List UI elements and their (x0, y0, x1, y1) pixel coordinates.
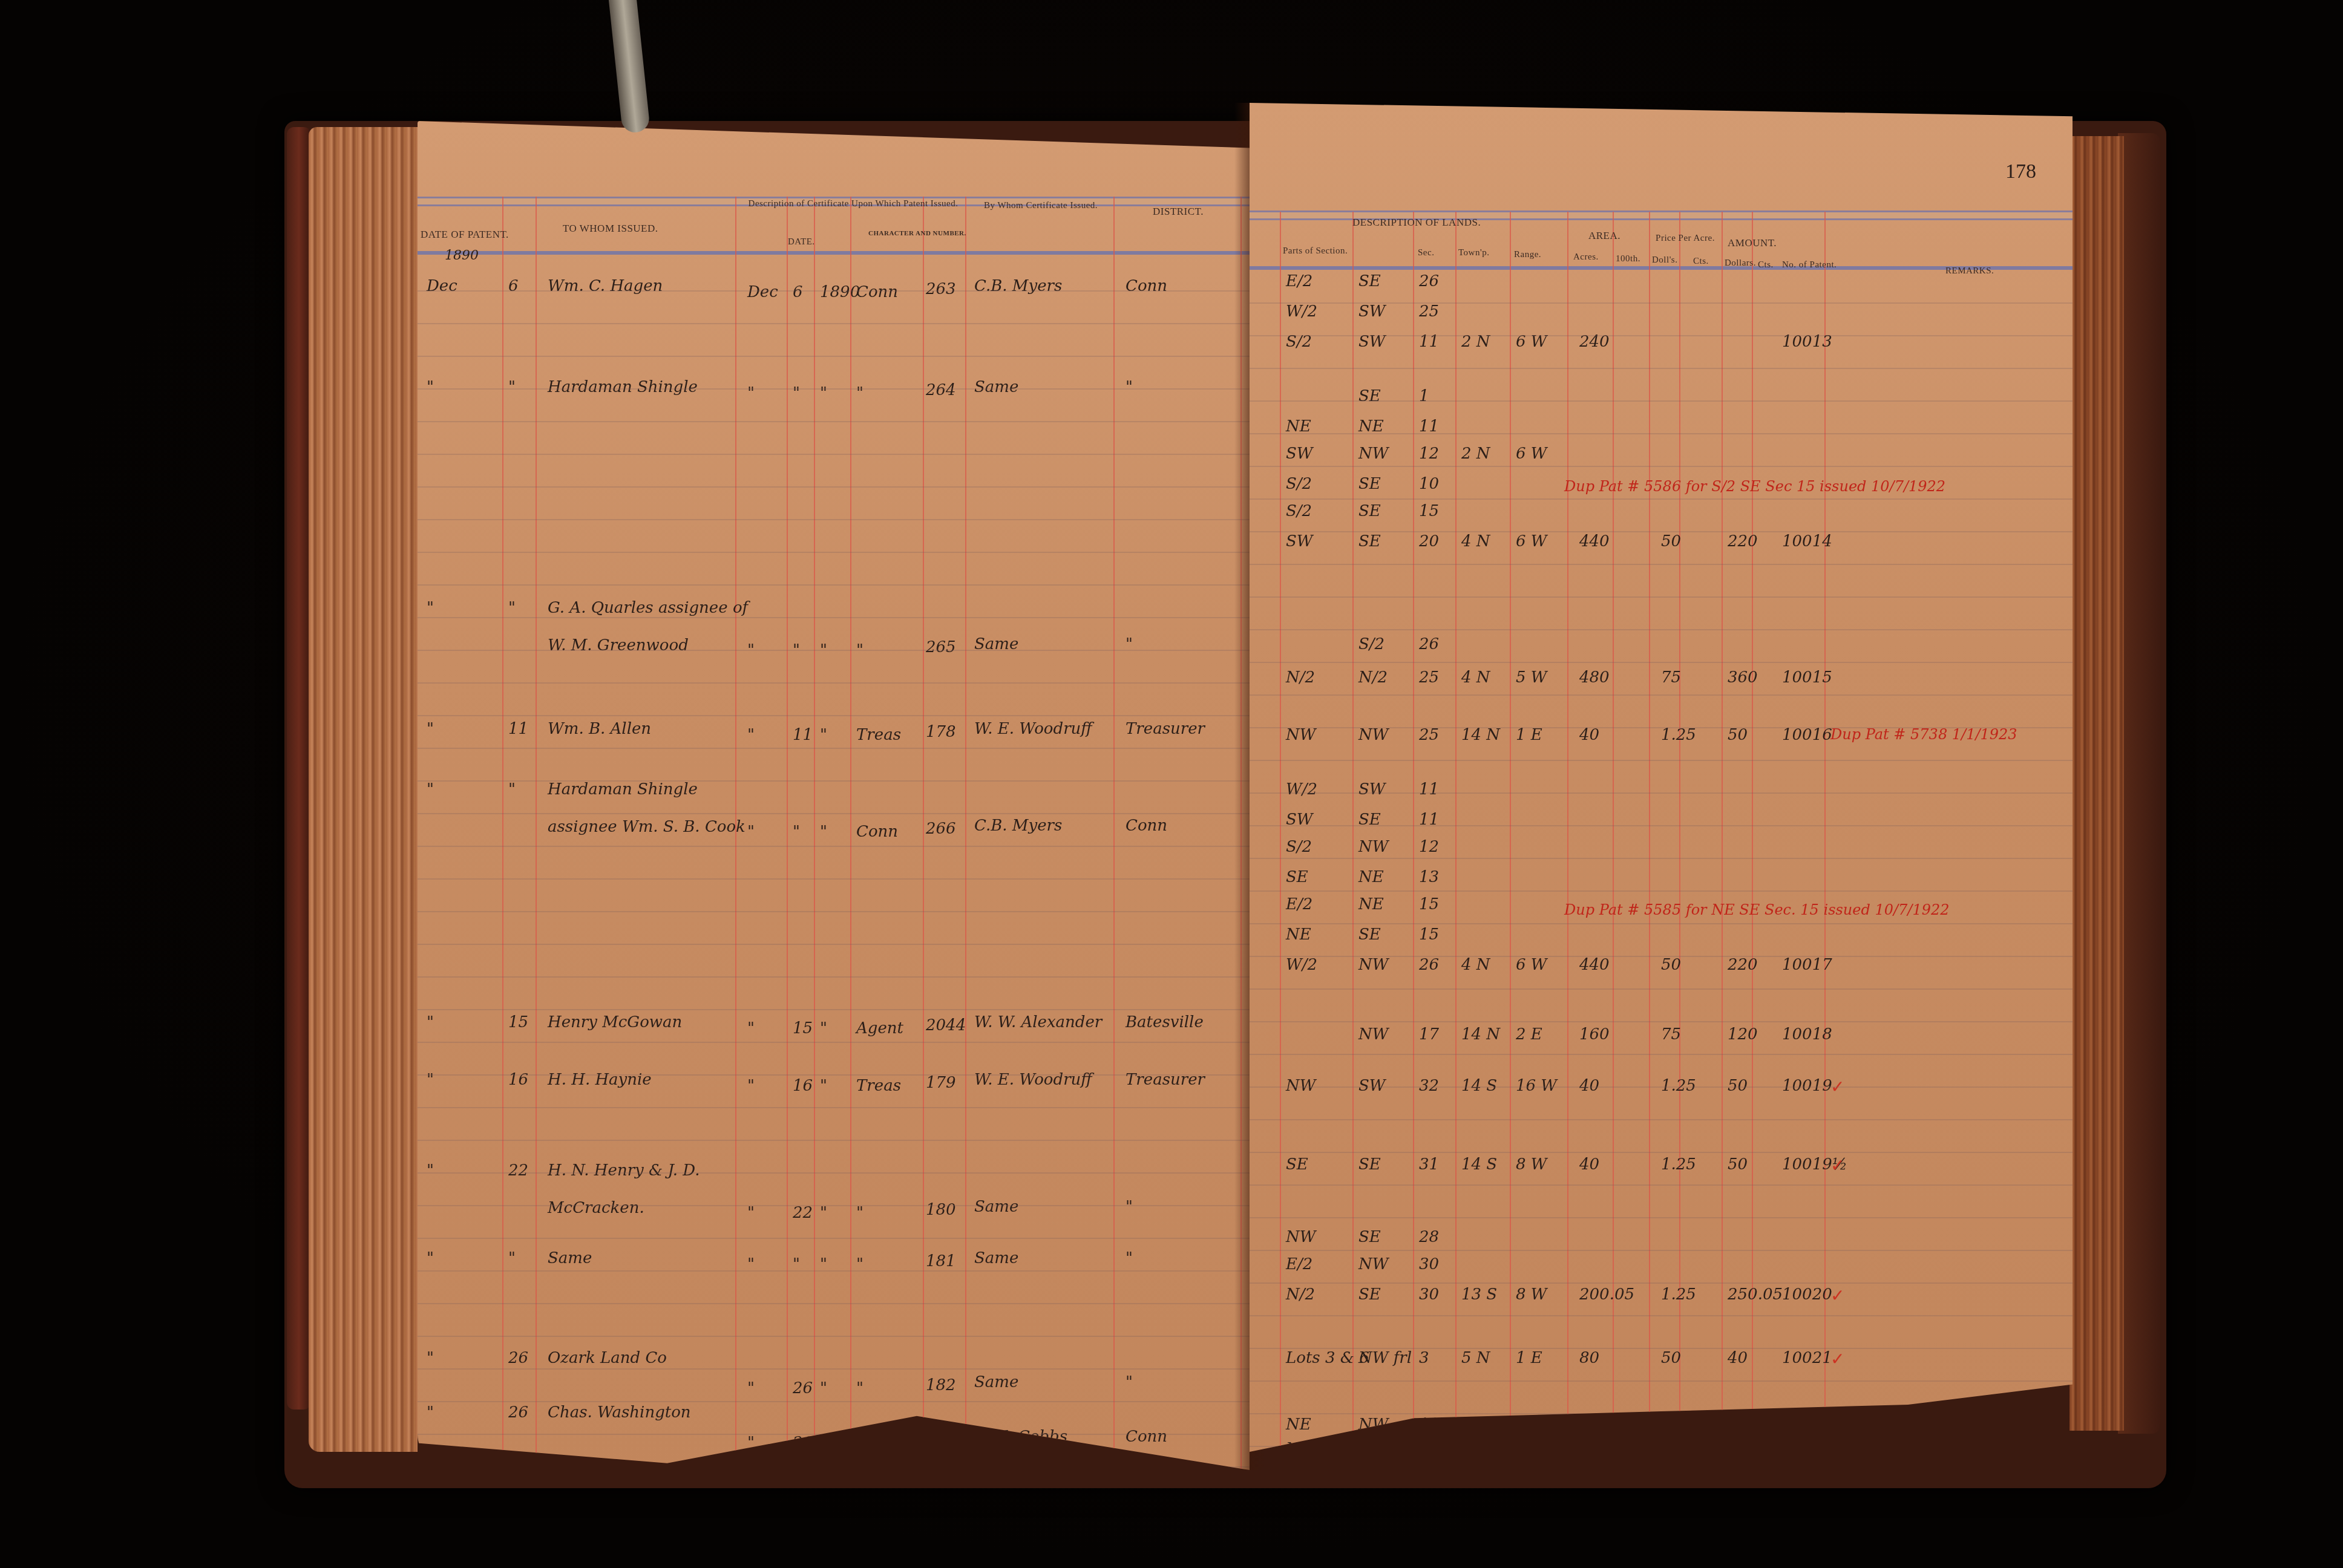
ledger-rule (418, 715, 1250, 716)
land-twp: 4 N (1461, 532, 1490, 550)
ledger-rule (1250, 1217, 2073, 1218)
land-cts: 75 (1661, 668, 1681, 687)
land-quarter: SE (1358, 1285, 1381, 1304)
entry-character: " (856, 384, 863, 402)
ledger-rule (1250, 400, 2073, 402)
header-to-whom-issued: TO WHOM ISSUED. (563, 223, 658, 235)
land-sec: 26 (1419, 272, 1439, 290)
land-cts: 75 (1661, 1025, 1681, 1044)
left-page: DATE OF PATENT. TO WHOM ISSUED. Descript… (418, 121, 1250, 1470)
land-acres: 40 (1579, 1155, 1599, 1174)
ledger-rule (418, 1401, 1250, 1402)
ledger-rule (1250, 956, 2073, 957)
header-sec: Sec. (1418, 248, 1434, 258)
ledger-rule (418, 1172, 1250, 1174)
land-dollars: 120 (1728, 1025, 1758, 1044)
entry-day: " (508, 1249, 516, 1267)
entry-cert-day: 11 (793, 726, 813, 744)
entry-by-whom: C.B. Myers (974, 817, 1062, 835)
ledger-rule (1250, 1054, 2073, 1055)
entry-number: 264 (926, 381, 956, 399)
ledger-rule (1250, 662, 2073, 663)
ledger-rule (1250, 890, 2073, 892)
ledger-rule (418, 617, 1250, 618)
land-sec: 25 (1419, 668, 1439, 687)
entry-district: " (1126, 1373, 1133, 1391)
header-description-of-lands: DESCRIPTION OF LANDS. (1352, 217, 1481, 229)
land-sec: 15 (1419, 926, 1439, 944)
land-twp: 14 N (1461, 1025, 1500, 1044)
header-amount: AMOUNT. (1728, 237, 1777, 249)
land-sec: 26 (1419, 956, 1439, 974)
land-cts: 1.25 (1661, 1285, 1696, 1304)
page-stack-right (2069, 136, 2124, 1431)
land-quarter: NW (1358, 1025, 1388, 1044)
entry-day: 26 (508, 1349, 528, 1367)
land-dollars: 40 (1728, 1349, 1748, 1367)
header-district: DISTRICT. (1153, 206, 1204, 218)
land-part: S/2 (1286, 838, 1312, 856)
entry-day: 15 (508, 1013, 528, 1031)
header-parts-of-section: Parts of Section. (1283, 246, 1348, 256)
ledger-rule (1250, 1152, 2073, 1153)
ledger-rule (418, 1074, 1250, 1076)
entry-character: Treas (856, 726, 901, 744)
land-quarter: SW (1358, 302, 1386, 321)
ledger-rule (418, 519, 1250, 520)
entry-name2: McCracken. (548, 1199, 644, 1217)
entry-name: Henry McGowan (548, 1013, 682, 1031)
land-rng: 8 W (1516, 1155, 1547, 1174)
land-cts: 50 (1661, 1349, 1681, 1367)
land-sec: 15 (1419, 502, 1439, 520)
ledger-rule (1250, 498, 2073, 500)
page-stack-left (309, 127, 418, 1452)
entry-cert-month: " (747, 1077, 755, 1095)
land-cts: 1.25 (1661, 1155, 1696, 1174)
land-dollars: 220 (1728, 532, 1758, 550)
land-cts: 1.25 (1661, 1077, 1696, 1095)
land-part: SE (1286, 1155, 1308, 1174)
land-sec: 32 (1419, 1077, 1439, 1095)
land-rng: 2 E (1516, 1025, 1542, 1044)
land-quarter: SE (1358, 1155, 1381, 1174)
ledger-rule (418, 454, 1250, 455)
land-patent: 10020 (1782, 1285, 1832, 1304)
entry-name: Ozark Land Co (548, 1349, 667, 1367)
ledger-rule (418, 911, 1250, 912)
entry-by-whom: Same (974, 1198, 1018, 1216)
ledger-rule (418, 976, 1250, 978)
entry-day: " (508, 780, 516, 799)
entry-month: " (427, 599, 434, 617)
entry-day: 22 (508, 1161, 528, 1180)
entry-number: 180 (926, 1201, 956, 1219)
ledger-rule (1250, 531, 2073, 532)
land-remark: Dup Pat # 5585 for NE SE Sec. 15 issued … (1564, 901, 1950, 918)
land-rng: 6 W (1516, 532, 1547, 550)
land-rng: 16 W (1516, 1077, 1557, 1095)
header-dollars: Dollars. (1725, 258, 1756, 269)
land-sec: 26 (1419, 635, 1439, 653)
ledger-rule (1250, 1315, 2073, 1316)
land-patent: 10018 (1782, 1025, 1832, 1044)
land-quarter: NE (1358, 895, 1384, 913)
land-patent: 10021 (1782, 1349, 1832, 1367)
entry-cert-month: " (747, 823, 755, 841)
ledger-rule (418, 486, 1250, 488)
entry-by-whom: Same (974, 378, 1018, 396)
ledger-rule (418, 584, 1250, 586)
page-number: 178 (2005, 160, 2036, 183)
ledger-rule (418, 388, 1250, 390)
cover-edge-right (2118, 133, 2160, 1434)
entry-cert-month: " (747, 726, 755, 744)
land-part: N/2 (1286, 668, 1315, 687)
land-quarter: SE (1358, 1228, 1381, 1246)
ledger-rule (1250, 727, 2073, 728)
land-acres: 80 (1579, 1349, 1599, 1367)
land-dollars: 360 (1728, 668, 1758, 687)
land-part: S/2 (1286, 502, 1312, 520)
land-quarter: NW (1358, 445, 1388, 463)
entry-name: Wm. B. Allen (548, 720, 651, 738)
header-acres: Acres. (1573, 252, 1599, 263)
entry-number: 178 (926, 723, 956, 741)
entry-district: Conn (1126, 1428, 1167, 1446)
ledger-rule (1250, 1348, 2073, 1349)
land-quarter: N/2 (1358, 668, 1388, 687)
entry-cert-day: " (793, 384, 800, 402)
entry-day: 16 (508, 1071, 528, 1089)
land-sec: 28 (1419, 1228, 1439, 1246)
header-cts: Cts. (1693, 256, 1709, 267)
ledger-rule (418, 323, 1250, 324)
entry-district: Conn (1126, 817, 1167, 835)
land-sec: 17 (1419, 1025, 1439, 1044)
land-part: SE (1286, 868, 1308, 886)
header-price-per-acre: Price Per Acre. (1652, 233, 1719, 244)
ledger-rule (1250, 335, 2073, 336)
entry-by-whom: W. W. Alexander (974, 1013, 1102, 1031)
land-dollars: 250.05 (1728, 1285, 1783, 1304)
ledger-rule (1250, 858, 2073, 859)
land-part: NE (1286, 926, 1311, 944)
header-range: Range. (1514, 250, 1541, 260)
land-part: SW (1286, 445, 1313, 463)
entry-cert-month: Dec (747, 283, 778, 301)
ledger-rule (1250, 302, 2073, 304)
header-certificate-description: Description of Certificate Upon Which Pa… (744, 198, 962, 209)
land-acres: 160 (1579, 1025, 1610, 1044)
land-rng: 6 W (1516, 445, 1547, 463)
land-sec: 3 (1419, 1349, 1429, 1367)
entry-name: Hardaman Shingle (548, 780, 698, 799)
entry-cert-year: " (820, 1204, 827, 1222)
entry-character: Conn (856, 283, 898, 301)
land-sec: 12 (1419, 838, 1439, 856)
entry-character: " (856, 1204, 863, 1222)
land-twp: 14 S (1461, 1155, 1497, 1174)
entry-district: " (1126, 1249, 1133, 1267)
land-acres: 40 (1579, 1077, 1599, 1095)
land-quarter: NE (1358, 868, 1384, 886)
year-heading: 1890 (445, 248, 479, 263)
land-quarter: NW (1358, 956, 1388, 974)
ledger-rule (1250, 629, 2073, 630)
land-quarter: NW (1358, 726, 1388, 744)
header-character-and-number: CHARACTER AND NUMBER. (868, 230, 966, 237)
land-rng: 8 W (1516, 1285, 1547, 1304)
entry-month: " (427, 1403, 434, 1422)
entry-district: " (1126, 1198, 1133, 1216)
land-part: W/2 (1286, 956, 1317, 974)
entry-day: 11 (508, 720, 528, 738)
ledger-rule (418, 650, 1250, 651)
land-sec: 10 (1419, 475, 1439, 493)
entry-month: " (427, 378, 434, 396)
entry-day: 6 (508, 277, 519, 295)
land-part: NW (1286, 726, 1316, 744)
entry-number: 179 (926, 1074, 956, 1092)
entry-cert-day: 16 (793, 1077, 813, 1095)
land-part: E/2 (1286, 272, 1312, 290)
header-amount-cts: Cts. (1758, 260, 1774, 270)
land-patent: 10015 (1782, 668, 1832, 687)
entry-district: Treasurer (1126, 1071, 1205, 1089)
entry-cert-day: 26 (793, 1379, 813, 1397)
entry-name: Hardaman Shingle (548, 378, 698, 396)
ledger-rule (1250, 1119, 2073, 1120)
land-remark: ✓ (1830, 1349, 1844, 1369)
header-date: DATE. (788, 237, 815, 247)
ledger-rule (1250, 1250, 2073, 1251)
entry-month: " (427, 1349, 434, 1367)
land-quarter: SE (1358, 387, 1381, 405)
entry-character: " (856, 1379, 863, 1397)
land-sec: 1 (1419, 387, 1429, 405)
entry-name: H. H. Haynie (548, 1071, 652, 1089)
entry-number: 265 (926, 638, 956, 656)
entry-cert-month: " (747, 1379, 755, 1397)
entry-cert-month: " (747, 1204, 755, 1222)
header-bottom-rule (418, 251, 1250, 255)
ledger-rule (1250, 1282, 2073, 1284)
ledger-rule (418, 1303, 1250, 1304)
land-part: SW (1286, 532, 1313, 550)
entry-cert-year: " (820, 823, 827, 841)
header-remarks: REMARKS. (1945, 266, 1994, 276)
land-acres: 440 (1579, 956, 1610, 974)
entry-cert-day: 15 (793, 1019, 813, 1037)
ledger-rule (418, 944, 1250, 945)
entry-name: Chas. Washington (548, 1403, 691, 1422)
land-sec: 30 (1419, 1285, 1439, 1304)
ledger-rule (418, 1107, 1250, 1108)
ledger-rule (418, 682, 1250, 684)
entry-number: 2044 (926, 1016, 966, 1034)
ledger-rule (418, 1140, 1250, 1141)
entry-number: 263 (926, 280, 956, 298)
land-sec: 25 (1419, 726, 1439, 744)
ledger-rule (1250, 792, 2073, 794)
entry-month: " (427, 780, 434, 799)
land-dollars: 50 (1728, 1077, 1748, 1095)
land-rng: 1 E (1516, 1349, 1542, 1367)
land-sec: 11 (1419, 780, 1439, 799)
land-acres: 440 (1579, 532, 1610, 550)
entry-month: Dec (427, 277, 457, 295)
ledger-rule (418, 748, 1250, 749)
header-no-of-patent: No. of Patent. (1782, 260, 1837, 270)
entry-character: Conn (856, 823, 898, 841)
land-patent: 10014 (1782, 532, 1832, 550)
entry-district: Batesville (1126, 1013, 1204, 1031)
entry-name2: assignee Wm. S. B. Cook (548, 818, 745, 836)
land-sec: 12 (1419, 445, 1439, 463)
ledger-rule (418, 780, 1250, 782)
ledger-rule (1250, 694, 2073, 696)
land-twp: 14 N (1461, 726, 1500, 744)
entry-number: 181 (926, 1252, 956, 1270)
land-cts: 50 (1661, 956, 1681, 974)
land-sec: 25 (1419, 302, 1439, 321)
land-part: Lots 3 & 6 (1286, 1349, 1369, 1367)
land-twp: 2 N (1461, 445, 1490, 463)
ledger-rule (418, 356, 1250, 357)
land-twp: 4 N (1461, 956, 1490, 974)
land-part: S/2 (1286, 475, 1312, 493)
land-remark: Dup Pat # 5738 1/1/1923 (1830, 726, 2017, 743)
land-sec: 20 (1419, 532, 1439, 550)
land-acres: 200.05 (1579, 1285, 1634, 1304)
entry-cert-year: " (820, 726, 827, 744)
entry-district: " (1126, 378, 1133, 396)
entry-cert-year: " (820, 1019, 827, 1037)
ledger-rule (1250, 596, 2073, 598)
entry-cert-day: " (793, 823, 800, 841)
ledger-rule (1250, 923, 2073, 924)
ledger-rule (418, 421, 1250, 422)
entry-month: " (427, 1161, 434, 1180)
entry-name: Same (548, 1249, 592, 1267)
entry-by-whom: W. E. Woodruff (974, 720, 1092, 738)
entry-name: Wm. C. Hagen (548, 277, 663, 295)
land-dollars: 220 (1728, 956, 1758, 974)
right-page: 178 DESCRIPTION OF LANDS. Parts of Secti… (1250, 103, 2073, 1452)
land-twp: 5 N (1461, 1349, 1490, 1367)
land-part: W/2 (1286, 780, 1317, 799)
land-dollars: 50 (1728, 1155, 1748, 1174)
ledger-rule (1250, 466, 2073, 467)
land-twp: 13 S (1461, 1285, 1497, 1304)
land-part: N/2 (1286, 1285, 1315, 1304)
header-by-whom: By Whom Certificate Issued. (977, 198, 1104, 213)
entry-district: Treasurer (1126, 720, 1205, 738)
land-twp: 4 N (1461, 668, 1490, 687)
ledger-rule (418, 290, 1250, 292)
ledger-rule (1250, 1021, 2073, 1022)
entry-cert-year: " (820, 1379, 827, 1397)
ledger-rule (1250, 760, 2073, 761)
land-part: W/2 (1286, 302, 1317, 321)
ledger-rule (1250, 1184, 2073, 1186)
land-rng: 5 W (1516, 668, 1547, 687)
land-quarter: S/2 (1358, 635, 1384, 653)
entry-by-whom: C.B. Myers (974, 277, 1062, 295)
entry-day: 26 (508, 1403, 528, 1422)
land-acres: 40 (1579, 726, 1599, 744)
entry-month: " (427, 1071, 434, 1089)
entry-by-whom: W. E. Woodruff (974, 1071, 1092, 1089)
land-patent: 10019 (1782, 1077, 1832, 1095)
ledger-rule (418, 1270, 1250, 1272)
ledger-rule (1250, 433, 2073, 434)
land-part: NE (1286, 1416, 1311, 1434)
ledger-rule (418, 846, 1250, 847)
ledger-rule (418, 1042, 1250, 1043)
entry-number: 266 (926, 820, 956, 838)
ledger-rule (1250, 1380, 2073, 1382)
entry-cert-day: 6 (793, 283, 803, 301)
header-date-of-patent: DATE OF PATENT. (421, 229, 509, 241)
ledger-rule (418, 1009, 1250, 1010)
land-quarter: SE (1358, 475, 1381, 493)
ledger-rule (418, 1238, 1250, 1239)
ledger-rule (418, 1205, 1250, 1206)
entry-month: " (427, 1013, 434, 1031)
entry-cert-year: 1890 (820, 283, 860, 301)
ledger-rule (1250, 825, 2073, 826)
land-sec: 30 (1419, 1255, 1439, 1273)
header-township: Town'p. (1458, 248, 1489, 258)
land-part: NW (1286, 1228, 1316, 1246)
ledger-rule (418, 552, 1250, 553)
cover-edge-left (287, 127, 311, 1410)
ledger-rule (418, 1368, 1250, 1370)
land-cts: 50 (1661, 532, 1681, 550)
entry-cert-month: " (747, 384, 755, 402)
land-patent: 10017 (1782, 956, 1832, 974)
land-quarter: SE (1358, 272, 1381, 290)
land-sec: 31 (1419, 1155, 1439, 1174)
land-sec: 15 (1419, 895, 1439, 913)
land-acres: 480 (1579, 668, 1610, 687)
land-cts: 1.25 (1661, 726, 1696, 744)
land-twp: 14 S (1461, 1077, 1497, 1095)
land-remark: ✓ (1830, 1285, 1844, 1305)
entry-cert-year: " (820, 1077, 827, 1095)
ledger-rule (1250, 368, 2073, 369)
land-rng: 1 E (1516, 726, 1542, 744)
land-quarter: SW (1358, 1077, 1386, 1095)
land-quarter: NW (1358, 1255, 1388, 1273)
land-quarter: SW (1358, 780, 1386, 799)
land-dollars: 50 (1728, 726, 1748, 744)
entry-name2: W. M. Greenwood (548, 636, 689, 655)
entry-cert-day: 22 (793, 1204, 813, 1222)
entry-district: Conn (1126, 277, 1167, 295)
ledger-rule (418, 878, 1250, 880)
land-quarter: NW (1358, 838, 1388, 856)
entry-number: 182 (926, 1376, 956, 1394)
land-part: NW (1286, 1077, 1316, 1095)
land-quarter: SE (1358, 502, 1381, 520)
entry-day: " (508, 378, 516, 396)
land-part: E/2 (1286, 895, 1312, 913)
entry-by-whom: Same (974, 1373, 1018, 1391)
entry-character: Treas (856, 1077, 901, 1095)
